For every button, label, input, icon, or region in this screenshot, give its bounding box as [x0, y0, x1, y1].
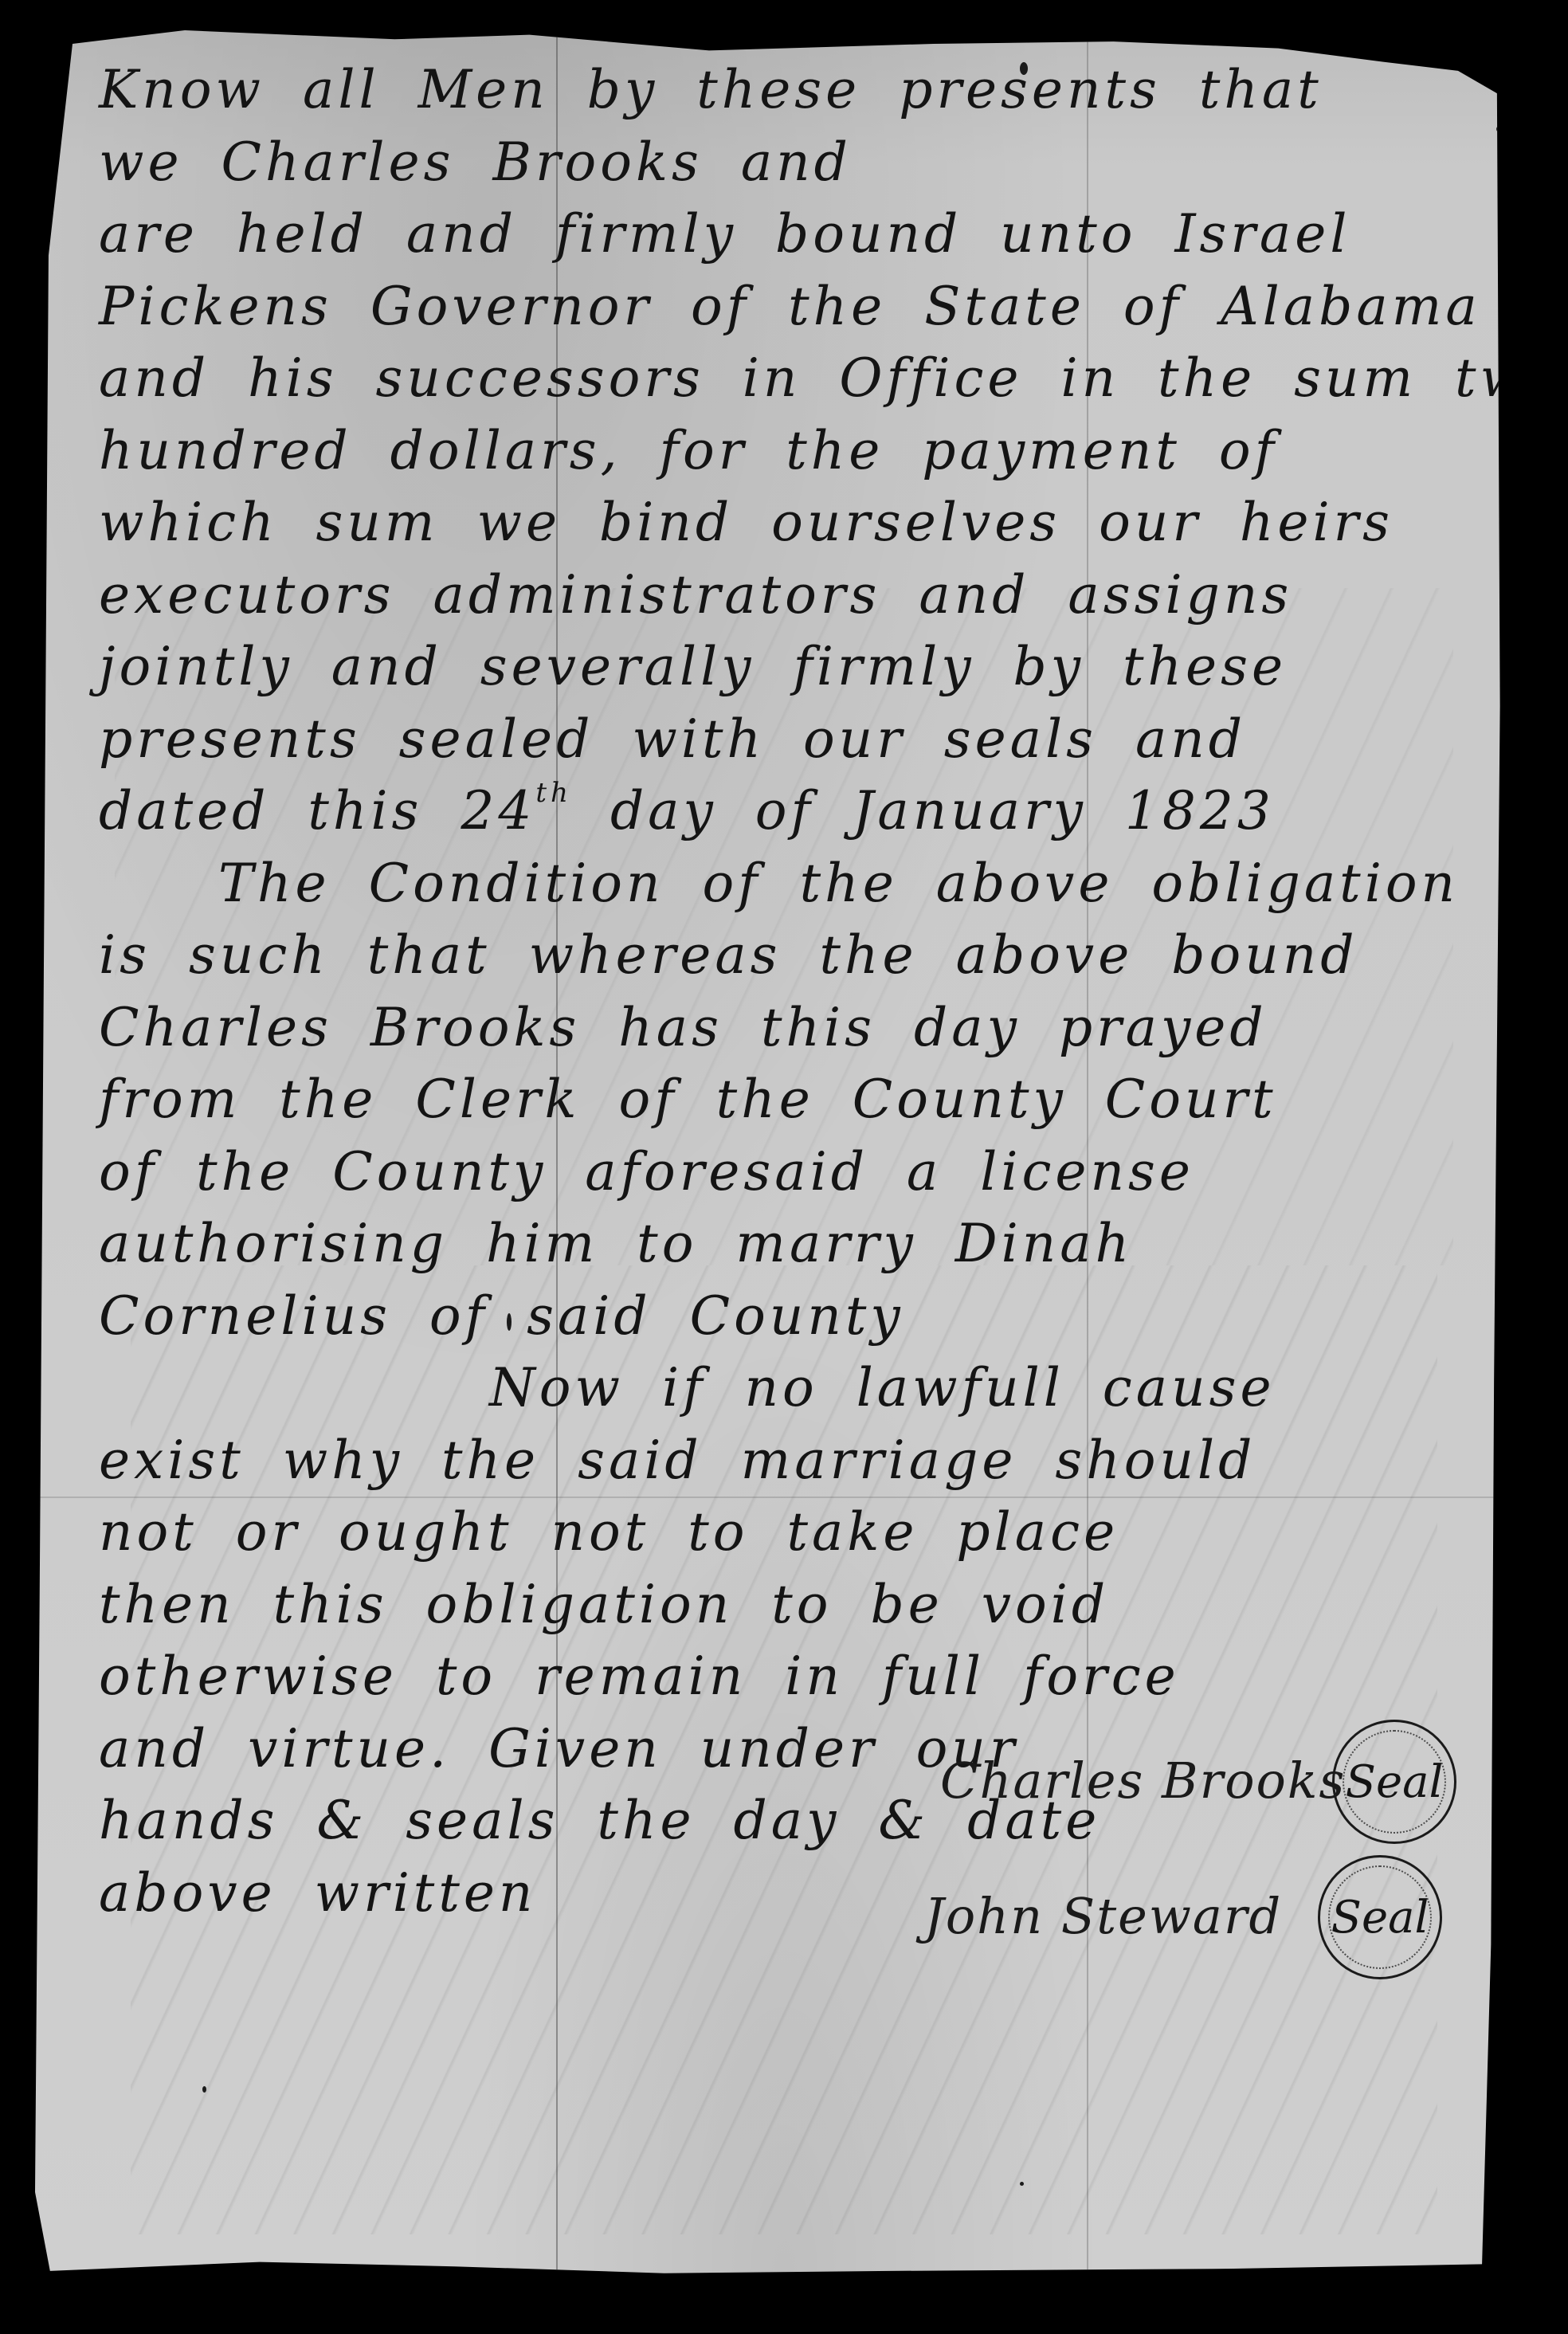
text-line: Pickens Governor of the State of Alabama — [99, 271, 1501, 343]
text-line: Know all Men by these presents that — [99, 54, 1501, 127]
text-line: we Charles Brooks and — [99, 127, 1501, 199]
text-line: jointly and severally firmly by these — [99, 631, 1501, 704]
text-line: hundred dollars, for the payment of — [99, 415, 1501, 488]
text-line: then this obligation to be void — [99, 1569, 1501, 1642]
text-line: is such that whereas the above bound — [99, 920, 1501, 992]
bond-text: Know all Men by these presents that we C… — [99, 54, 1501, 1929]
text-line: from the Clerk of the County Court — [99, 1064, 1501, 1136]
text-line: which sum we bind ourselves our heirs — [99, 487, 1501, 559]
manuscript-page: Know all Men by these presents that we C… — [35, 30, 1533, 2282]
seal-icon: Seal — [1318, 1855, 1442, 1979]
signature-charles-brooks: Charles Brooks — [940, 1751, 1346, 1810]
seal-label: Seal — [1331, 1892, 1429, 1944]
text-line: exist why the said marriage should — [99, 1425, 1501, 1497]
text-line: executors administrators and assigns — [99, 559, 1501, 632]
signature-john-steward: John Steward — [924, 1887, 1282, 1945]
text-line: presents sealed with our seals and — [99, 704, 1501, 776]
ink-speck — [1020, 62, 1028, 75]
ink-speck — [202, 2086, 206, 2093]
date-line: dated this 24th day of January 1823 — [99, 775, 1501, 848]
text-line: not or ought not to take place — [99, 1497, 1501, 1569]
seal-label: Seal — [1346, 1756, 1444, 1808]
text-line: Now if no lawfull cause — [99, 1352, 1501, 1425]
text-line: Charles Brooks has this day prayed — [99, 992, 1501, 1065]
ink-speck — [1020, 2182, 1024, 2186]
text-line: of the County aforesaid a license — [99, 1136, 1501, 1209]
date-ordinal: th — [535, 777, 572, 809]
ink-speck — [507, 1313, 512, 1331]
seal-icon: Seal — [1332, 1720, 1456, 1844]
text-line: and his successors in Office in the sum … — [99, 343, 1501, 415]
text-line: are held and firmly bound unto Israel — [99, 198, 1501, 271]
date-suffix: day of January 1823 — [610, 780, 1275, 841]
text-line: otherwise to remain in full force — [99, 1641, 1501, 1713]
date-day: 24 — [461, 780, 535, 841]
text-line: Cornelius of said County — [99, 1281, 1501, 1353]
text-line: above written — [99, 1857, 1501, 1930]
ink-speck — [1496, 126, 1503, 132]
text-line: The Condition of the above obligation — [99, 848, 1501, 920]
text-line: authorising him to marry Dinah — [99, 1208, 1501, 1281]
date-prefix: dated this — [99, 780, 422, 841]
